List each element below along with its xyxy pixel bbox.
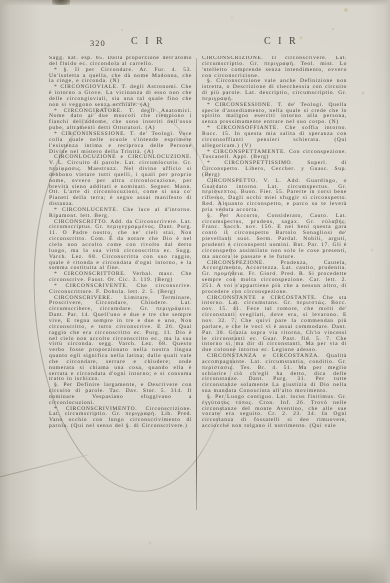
entry-paragraph: §. Per Definire largamente, e Descrivere…	[49, 383, 192, 406]
running-head-right: C I R	[264, 36, 298, 47]
entry-paragraph: * CIRCONGIOVIALE. T. degli Astronomi. Ch…	[49, 85, 192, 108]
entry-paragraph: * CIRCONSPETTISSIMO. Superl. di Circonsp…	[202, 161, 347, 179]
entry-paragraph: CIRCONSPETTO. V. L. Add. Guardingo, o Gu…	[202, 179, 347, 214]
right-column: CIRCONSCRIZIONE. Il circonscrivere. Lat.…	[202, 56, 347, 513]
scanned-page: 320 C I R C I R Sagg. nat. esp. 65. Dall…	[0, 0, 390, 583]
entry-paragraph: CIRCONSTANZA e CIRCOSTANZA. Qualità acco…	[202, 354, 347, 395]
entry-paragraph: Sagg. nat. esp. 65. Dalla proporzione de…	[49, 56, 192, 68]
page-number: 320	[90, 38, 106, 48]
page-header: 320 C I R C I R	[0, 36, 390, 50]
entry-paragraph: CIRCONLOCUZIONE e CIRCUNLOCUZIONE. V. L.…	[49, 155, 192, 208]
running-head-left: C I R	[131, 36, 165, 47]
column-divider	[196, 58, 197, 510]
entry-paragraph: * CIRCONSCRIVENTE. Che circonscrive. Cir…	[49, 284, 192, 296]
entry-paragraph: CIRCONSPEZIONE. Prudenza, Cautela, Accor…	[202, 261, 347, 296]
entry-paragraph: CIRCONSTANTE e CIRCOSTANTE. Che sta into…	[202, 296, 347, 354]
page-edge-blemish	[52, 0, 70, 5]
entry-paragraph: * CIRCONGIRATORE. T. degli Anatomici. No…	[49, 109, 192, 132]
left-column: Sagg. nat. esp. 65. Dalla proporzione de…	[49, 56, 192, 513]
entry-paragraph: CIRCONSCRIVERE. Limitare, Terminare, Pro…	[49, 296, 192, 384]
entry-paragraph: * CIRCONSCRIVIMENTO. Circonscrizione. La…	[49, 407, 192, 430]
entry-paragraph: §. Per Luogo contiguo. Lat. locus finiti…	[202, 395, 347, 430]
entry-paragraph: §. Circonscrizione vale anche Definizion…	[202, 79, 347, 102]
entry-paragraph: * CIRCONSESSIONE. T. de' Teologi. Quella…	[202, 103, 347, 126]
entry-paragraph: * CIRCONLUCENTE. Che luce al d'intorno. …	[49, 208, 192, 220]
entry-paragraph: * §. Il per Circondare. Ar. Fur. 4. 53. …	[49, 68, 192, 86]
entry-paragraph: §. Per Accorto, Considerato, Cauto. Lat.…	[202, 214, 347, 261]
entry-paragraph: CIRCONSCRIZIONE. Il circonscrivere. Lat.…	[202, 56, 347, 79]
entry-paragraph: CIRCONSCRITTO. Add. da Circonscrivere. L…	[49, 220, 192, 273]
entry-paragraph: * CIRCONSOFFIANTE. Che soffia intorno. R…	[202, 126, 347, 149]
entry-paragraph: * CIRCONINSESSIONE. T. de' Teologi. Voce…	[49, 132, 192, 155]
